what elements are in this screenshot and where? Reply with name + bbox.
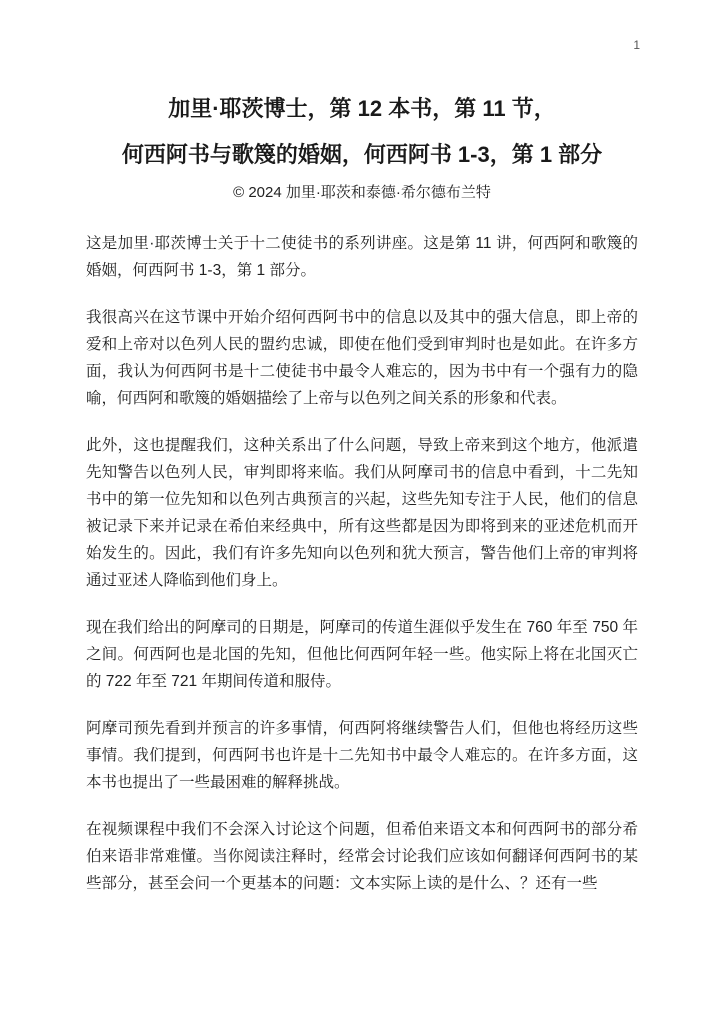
paragraph-4: 现在我们给出的阿摩司的日期是，阿摩司的传道生涯似乎发生在 760 年至 750 …: [86, 614, 638, 695]
page-content: 加里·耶茨博士，第 12 本书，第 11 节， 何西阿书与歌篾的婚姻，何西阿书 …: [0, 86, 724, 897]
document-page: 1 加里·耶茨博士，第 12 本书，第 11 节， 何西阿书与歌篾的婚姻，何西阿…: [0, 0, 724, 1024]
page-number: 1: [633, 38, 640, 52]
paragraph-6: 在视频课程中我们不会深入讨论这个问题，但希伯来语文本和何西阿书的部分希伯来语非常…: [86, 816, 638, 897]
paragraph-2: 我很高兴在这节课中开始介绍何西阿书中的信息以及其中的强大信息，即上帝的爱和上帝对…: [86, 304, 638, 412]
document-body: 这是加里·耶茨博士关于十二使徒书的系列讲座。这是第 11 讲，何西阿和歌篾的婚姻…: [86, 230, 638, 897]
document-title: 加里·耶茨博士，第 12 本书，第 11 节， 何西阿书与歌篾的婚姻，何西阿书 …: [86, 86, 638, 178]
title-line-1: 加里·耶茨博士，第 12 本书，第 11 节，: [86, 86, 638, 132]
title-line-2: 何西阿书与歌篾的婚姻，何西阿书 1-3，第 1 部分: [86, 132, 638, 178]
paragraph-3: 此外，这也提醒我们，这种关系出了什么问题，导致上帝来到这个地方，他派遣先知警告以…: [86, 432, 638, 594]
copyright-line: © 2024 加里·耶茨和泰德·希尔德布兰特: [86, 182, 638, 204]
paragraph-5: 阿摩司预先看到并预言的许多事情，何西阿将继续警告人们，但他也将经历这些事情。我们…: [86, 715, 638, 796]
paragraph-1: 这是加里·耶茨博士关于十二使徒书的系列讲座。这是第 11 讲，何西阿和歌篾的婚姻…: [86, 230, 638, 284]
